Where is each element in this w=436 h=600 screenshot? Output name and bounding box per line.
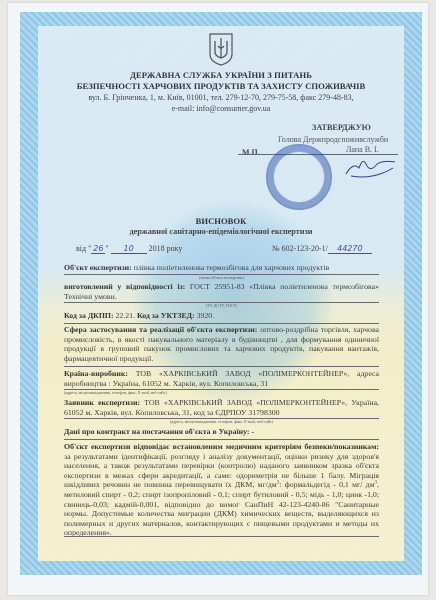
object-caption: (назва об'єкта експертизи) [64, 275, 379, 280]
dkpp-label: Код за ДКПП: [64, 311, 114, 320]
seal-label: М.П. [242, 148, 260, 157]
codes-field: Код за ДКПП: 22.21. Код за УКТЗЕД: 3920. [64, 311, 379, 321]
scope-field: Сфера застосування та реалізації об'єкта… [64, 325, 379, 363]
approver-name: Лапа В. І. [346, 145, 379, 154]
document-subtitle: державної санітарно-епідеміологічної екс… [38, 227, 404, 236]
country-field: Країна-виробник: ТОВ «ХАРКІВСЬКИЙ ЗАВОД … [64, 369, 379, 388]
date-day: 26 [91, 244, 105, 254]
contract-field: Дані про контракт на постачання об'єкта … [64, 427, 379, 437]
divider [64, 366, 379, 367]
approval-title: ЗАТВЕРДЖУЮ [312, 123, 371, 132]
scope-label: Сфера застосування та реалізації об'єкта… [64, 325, 257, 334]
object-label: Об'єкт експертизи: [64, 263, 132, 272]
issue-date: від "26" 10 2018 року [76, 244, 182, 254]
date-month: 10 [111, 244, 147, 254]
number-handwritten: 44270 [328, 244, 372, 254]
agency-name-line2: БЕЗПЕЧНОСТІ ХАРЧОВИХ ПРОДУКТІВ ТА ЗАХИСТ… [38, 81, 404, 91]
agency-email: e-mail: info@consumer.gov.ua [38, 104, 404, 113]
uktzed-label: Код за УКТЗЕД: [137, 311, 195, 320]
conclusion-text-2: : формальдегід - 0,1 мг/ дм [279, 480, 374, 489]
divider [64, 536, 379, 537]
object-field: Об'єкт експертизи: плівка поліетиленова … [64, 263, 379, 273]
number-prefix: № 602-123-20-1/ [272, 244, 328, 253]
contract-value: - [251, 427, 254, 436]
country-caption: (адреса, місцезнаходження, телефон, факс… [64, 390, 379, 395]
dkpp-value: 22.21. [116, 311, 136, 320]
document-title: ВИСНОВОК [38, 216, 404, 226]
ukraine-trident-emblem-icon [208, 32, 234, 66]
contract-label: Дані про контракт на постачання об'єкта … [64, 427, 250, 436]
manufactured-caption: (ТУ, ДСТУ, ГОСТ) [64, 303, 379, 308]
signature-icon [343, 154, 398, 179]
conclusion-label: Об'єкт експертизи відповідає встановлени… [64, 442, 379, 451]
applicant-label: Заявник експертизи: [64, 398, 140, 407]
divider [64, 323, 379, 324]
conclusion-field: Об'єкт експертизи відповідає встановлени… [64, 442, 379, 538]
official-seal-stamp [266, 144, 332, 210]
agency-address: вул. Б. Грінченка, 1, м. Київ, 01001, те… [38, 93, 404, 102]
country-label: Країна-виробник: [64, 369, 128, 378]
document-number: № 602-123-20-1/44270 [272, 244, 372, 254]
uktzed-value: 3920. [197, 311, 215, 320]
certificate-sheet: ДЕРЖАВНА СЛУЖБА УКРАЇНИ З ПИТАНЬ БЕЗПЕЧН… [8, 3, 428, 595]
document-body: ДЕРЖАВНА СЛУЖБА УКРАЇНИ З ПИТАНЬ БЕЗПЕЧН… [38, 26, 404, 561]
date-prefix: від [76, 244, 86, 253]
applicant-field: Заявник експертизи: ТОВ «ХАРКІВСЬКИЙ ЗАВ… [64, 398, 379, 417]
agency-name-line1: ДЕРЖАВНА СЛУЖБА УКРАЇНИ З ПИТАНЬ [38, 70, 404, 80]
object-value: плівка поліетиленова термозбігова для ха… [134, 263, 329, 272]
date-year: 2018 року [149, 244, 183, 253]
divider [64, 439, 379, 440]
approval-role: Голова Держпродспоживслужби [278, 135, 388, 144]
applicant-caption: (адреса, місцезнаходження, телефон, факс… [64, 419, 379, 424]
manufactured-field: виготовлений у відповідності із: ГОСТ 25… [64, 282, 379, 301]
manufactured-label: виготовлений у відповідності із: [64, 282, 185, 291]
